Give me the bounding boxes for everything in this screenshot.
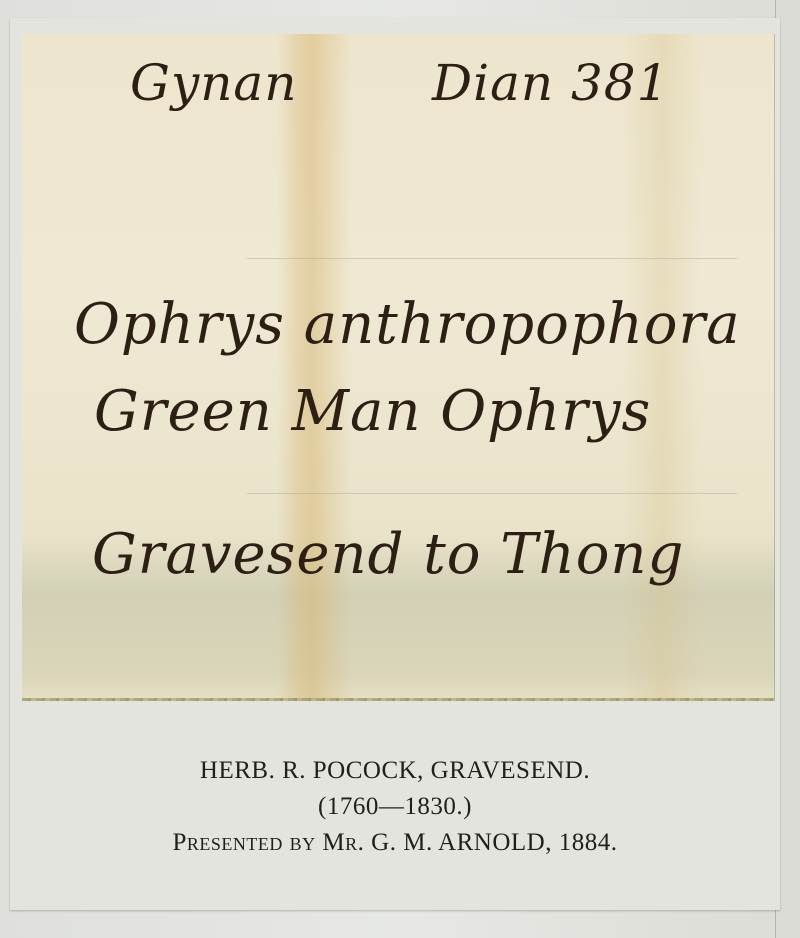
herbarium-mount: Gynan Dian 381 Ophrys anthropophora Gree… [10,18,780,910]
herbarium-dates: (1760—1830.) [10,789,780,825]
herbarium-name: HERB. R. POCOCK, GRAVESEND. [10,753,780,789]
common-name: Green Man Ophrys [94,379,651,444]
printed-herbarium-label: HERB. R. POCOCK, GRAVESEND. (1760—1830.)… [10,753,780,861]
locality-text: Gravesend to Thong [92,522,684,587]
handwritten-label: Gynan Dian 381 Ophrys anthropophora Gree… [22,34,775,701]
header-right-text: Dian 381 [432,54,669,112]
species-name: Ophrys anthropophora [74,292,741,357]
header-left-text: Gynan [130,54,297,112]
presented-by: Presented by Mr. G. M. ARNOLD, 1884. [10,825,780,861]
